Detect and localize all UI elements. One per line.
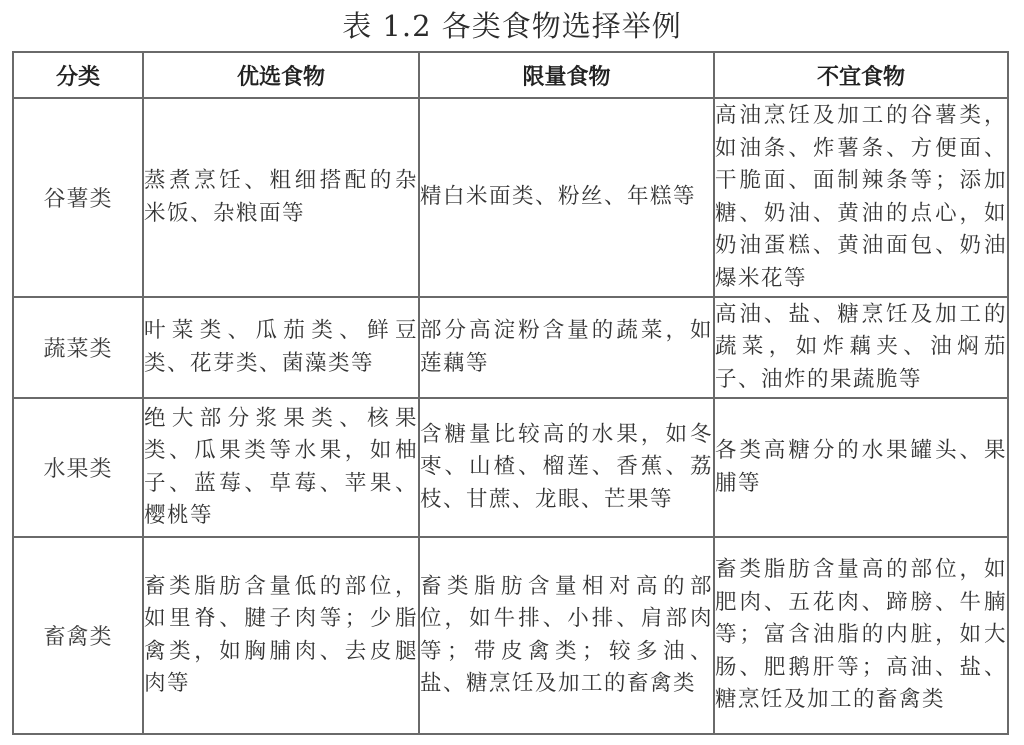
limited-cell: 畜类脂肪含量相对高的部位，如牛排、小排、肩部肉等；带皮禽类；较多油、盐、糖烹饪及…	[419, 537, 714, 734]
preferred-cell: 绝大部分浆果类、核果类、瓜果类等水果，如柚子、蓝莓、草莓、苹果、樱桃等	[143, 398, 419, 537]
category-cell: 谷薯类	[13, 98, 143, 297]
avoid-cell: 高油、盐、糖烹饪及加工的蔬菜，如炸藕夹、油焖茄子、油炸的果蔬脆等	[714, 297, 1008, 398]
avoid-cell: 高油烹饪及加工的谷薯类，如油条、炸薯条、方便面、干脆面、面制辣条等；添加糖、奶油…	[714, 98, 1008, 297]
preferred-cell: 蒸煮烹饪、粗细搭配的杂米饭、杂粮面等	[143, 98, 419, 297]
table-row: 水果类 绝大部分浆果类、核果类、瓜果类等水果，如柚子、蓝莓、草莓、苹果、樱桃等 …	[13, 398, 1008, 537]
limited-cell: 精白米面类、粉丝、年糕等	[419, 98, 714, 297]
food-selection-table: 分类 优选食物 限量食物 不宜食物 谷薯类 蒸煮烹饪、粗细搭配的杂米饭、杂粮面等…	[12, 51, 1009, 735]
preferred-cell: 叶菜类、瓜茄类、鲜豆类、花芽类、菌藻类等	[143, 297, 419, 398]
limited-cell: 部分高淀粉含量的蔬菜，如莲藕等	[419, 297, 714, 398]
category-cell: 水果类	[13, 398, 143, 537]
table-caption: 表 1.2 各类食物选择举例	[0, 6, 1024, 46]
table-row: 谷薯类 蒸煮烹饪、粗细搭配的杂米饭、杂粮面等 精白米面类、粉丝、年糕等 高油烹饪…	[13, 98, 1008, 297]
header-limited: 限量食物	[419, 52, 714, 98]
header-category: 分类	[13, 52, 143, 98]
category-cell: 畜禽类	[13, 537, 143, 734]
preferred-cell: 畜类脂肪含量低的部位，如里脊、腱子肉等；少脂禽类，如胸脯肉、去皮腿肉等	[143, 537, 419, 734]
avoid-cell: 各类高糖分的水果罐头、果脯等	[714, 398, 1008, 537]
category-cell: 蔬菜类	[13, 297, 143, 398]
header-row: 分类 优选食物 限量食物 不宜食物	[13, 52, 1008, 98]
table-row: 蔬菜类 叶菜类、瓜茄类、鲜豆类、花芽类、菌藻类等 部分高淀粉含量的蔬菜，如莲藕等…	[13, 297, 1008, 398]
table-row: 畜禽类 畜类脂肪含量低的部位，如里脊、腱子肉等；少脂禽类，如胸脯肉、去皮腿肉等 …	[13, 537, 1008, 734]
header-preferred: 优选食物	[143, 52, 419, 98]
limited-cell: 含糖量比较高的水果，如冬枣、山楂、榴莲、香蕉、荔枝、甘蔗、龙眼、芒果等	[419, 398, 714, 537]
header-avoid: 不宜食物	[714, 52, 1008, 98]
avoid-cell: 畜类脂肪含量高的部位，如肥肉、五花肉、蹄膀、牛腩等；富含油脂的内脏，如大肠、肥鹅…	[714, 537, 1008, 734]
